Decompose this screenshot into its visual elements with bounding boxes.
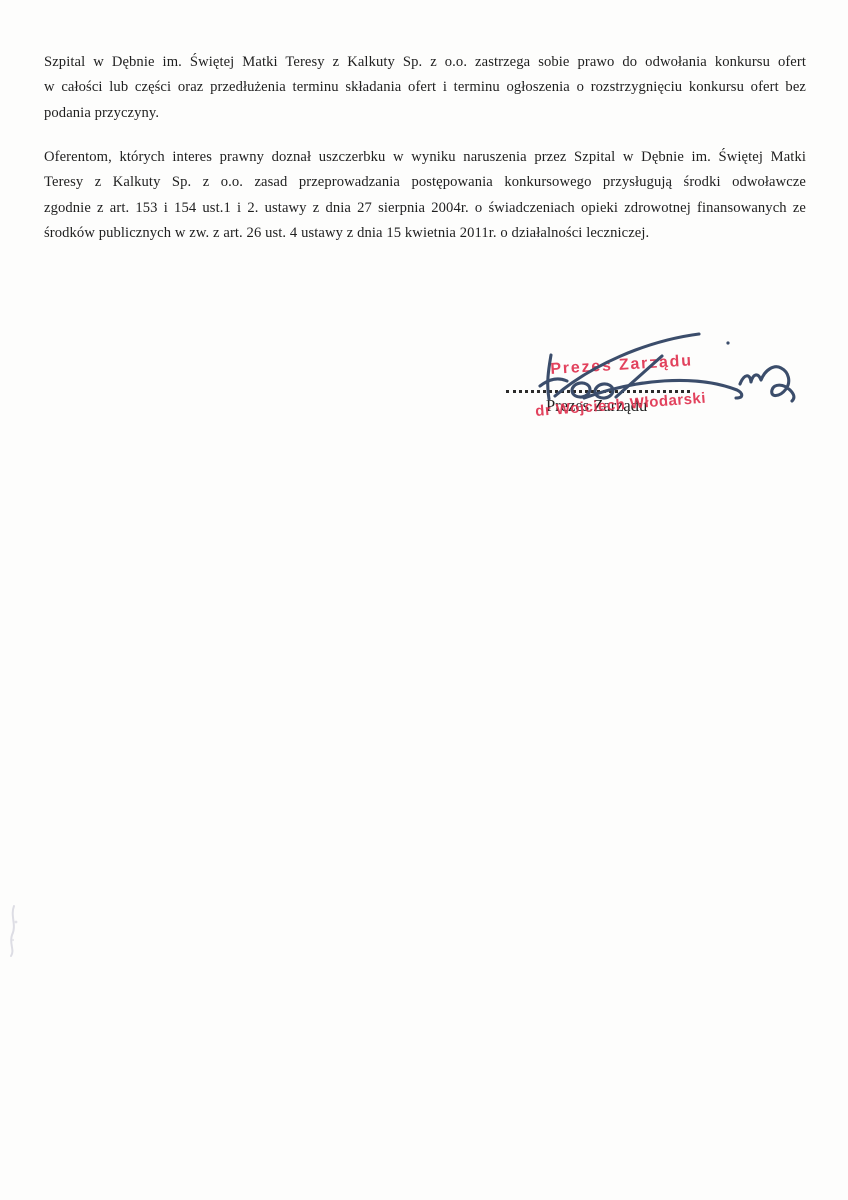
stamp-name-line: dr Wojciech Włodarski — [535, 390, 707, 420]
signature-typed-title: Prezes Zarządu — [546, 396, 647, 416]
paragraph-1-line-2: w całości lub części oraz przedłużenia t… — [44, 75, 806, 100]
document-page: Szpital w Dębnie im. Świętej Matki Teres… — [0, 0, 848, 1200]
paragraph-2: Oferentom, których interes prawny doznał… — [44, 145, 806, 247]
handwritten-signature-ink — [470, 322, 820, 438]
paragraph-1-line-1: Szpital w Dębnie im. Świętej Matki Teres… — [44, 50, 806, 75]
paragraph-2-line-1: Oferentom, których interes prawny doznał… — [44, 145, 806, 170]
scan-smudge-mark — [2, 900, 32, 962]
paragraph-2-line-2: Teresy z Kalkuty Sp. z o.o. zasad przepr… — [44, 170, 806, 195]
stamp-title-line: Prezes Zarządu — [550, 352, 693, 379]
ink-dot — [726, 341, 729, 344]
paragraph-2-line-3: zgodnie z art. 153 i 154 ust.1 i 2. usta… — [44, 196, 806, 221]
paragraph-1-line-3: podania przyczyny. — [44, 101, 806, 126]
signature-dotted-line — [506, 382, 690, 393]
paragraph-2-line-4: środków publicznych w zw. z art. 26 ust.… — [44, 221, 806, 246]
paragraph-1: Szpital w Dębnie im. Świętej Matki Teres… — [44, 50, 806, 126]
